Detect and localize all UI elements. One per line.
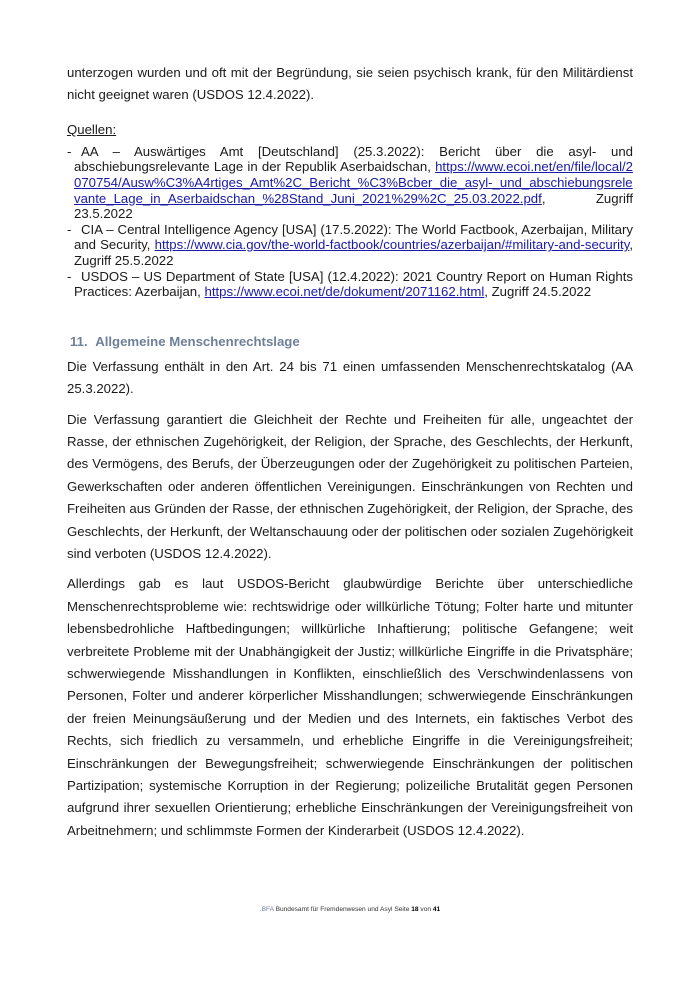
source-link[interactable]: https://www.cia.gov/the-world-factbook/c… xyxy=(155,237,630,252)
intro-paragraph: unterzogen wurden und oft mit der Begrün… xyxy=(67,62,633,107)
section-title: Allgemeine Menschenrechtslage xyxy=(95,334,299,349)
source-access-date: , Zugriff 24.5.2022 xyxy=(484,284,591,299)
sources-label: Quellen: xyxy=(67,121,633,138)
bfa-logo-text: .BFA xyxy=(260,906,274,913)
section-paragraph: Allerdings gab es laut USDOS-Bericht gla… xyxy=(67,573,633,842)
document-page: unterzogen wurden und oft mit der Begrün… xyxy=(67,62,633,842)
section-number: 11. xyxy=(70,333,92,350)
list-dash: - xyxy=(67,222,81,238)
source-item: -AA – Auswärtiges Amt [Deutschland] (25.… xyxy=(67,144,633,222)
agency-name: Bundesamt für Fremdenwesen und Asyl xyxy=(276,906,393,913)
source-item: -USDOS – US Department of State [USA] (1… xyxy=(67,269,633,300)
page-total: 41 xyxy=(433,906,440,913)
source-link[interactable]: https://www.ecoi.net/de/dokument/2071162… xyxy=(204,284,484,299)
page-current: 18 xyxy=(411,906,418,913)
section-paragraph: Die Verfassung enthält in den Art. 24 bi… xyxy=(67,356,633,401)
sources-list: -AA – Auswärtiges Amt [Deutschland] (25.… xyxy=(67,144,633,300)
page-of: von xyxy=(420,906,431,913)
list-dash: - xyxy=(67,269,81,285)
page-footer: .BFA Bundesamt für Fremdenwesen und Asyl… xyxy=(0,906,700,913)
source-item: -CIA – Central Intelligence Agency [USA]… xyxy=(67,222,633,269)
section-paragraph: Die Verfassung garantiert die Gleichheit… xyxy=(67,409,633,566)
section-heading: 11. Allgemeine Menschenrechtslage xyxy=(70,333,633,350)
list-dash: - xyxy=(67,144,81,160)
page-label: Seite xyxy=(394,906,409,913)
